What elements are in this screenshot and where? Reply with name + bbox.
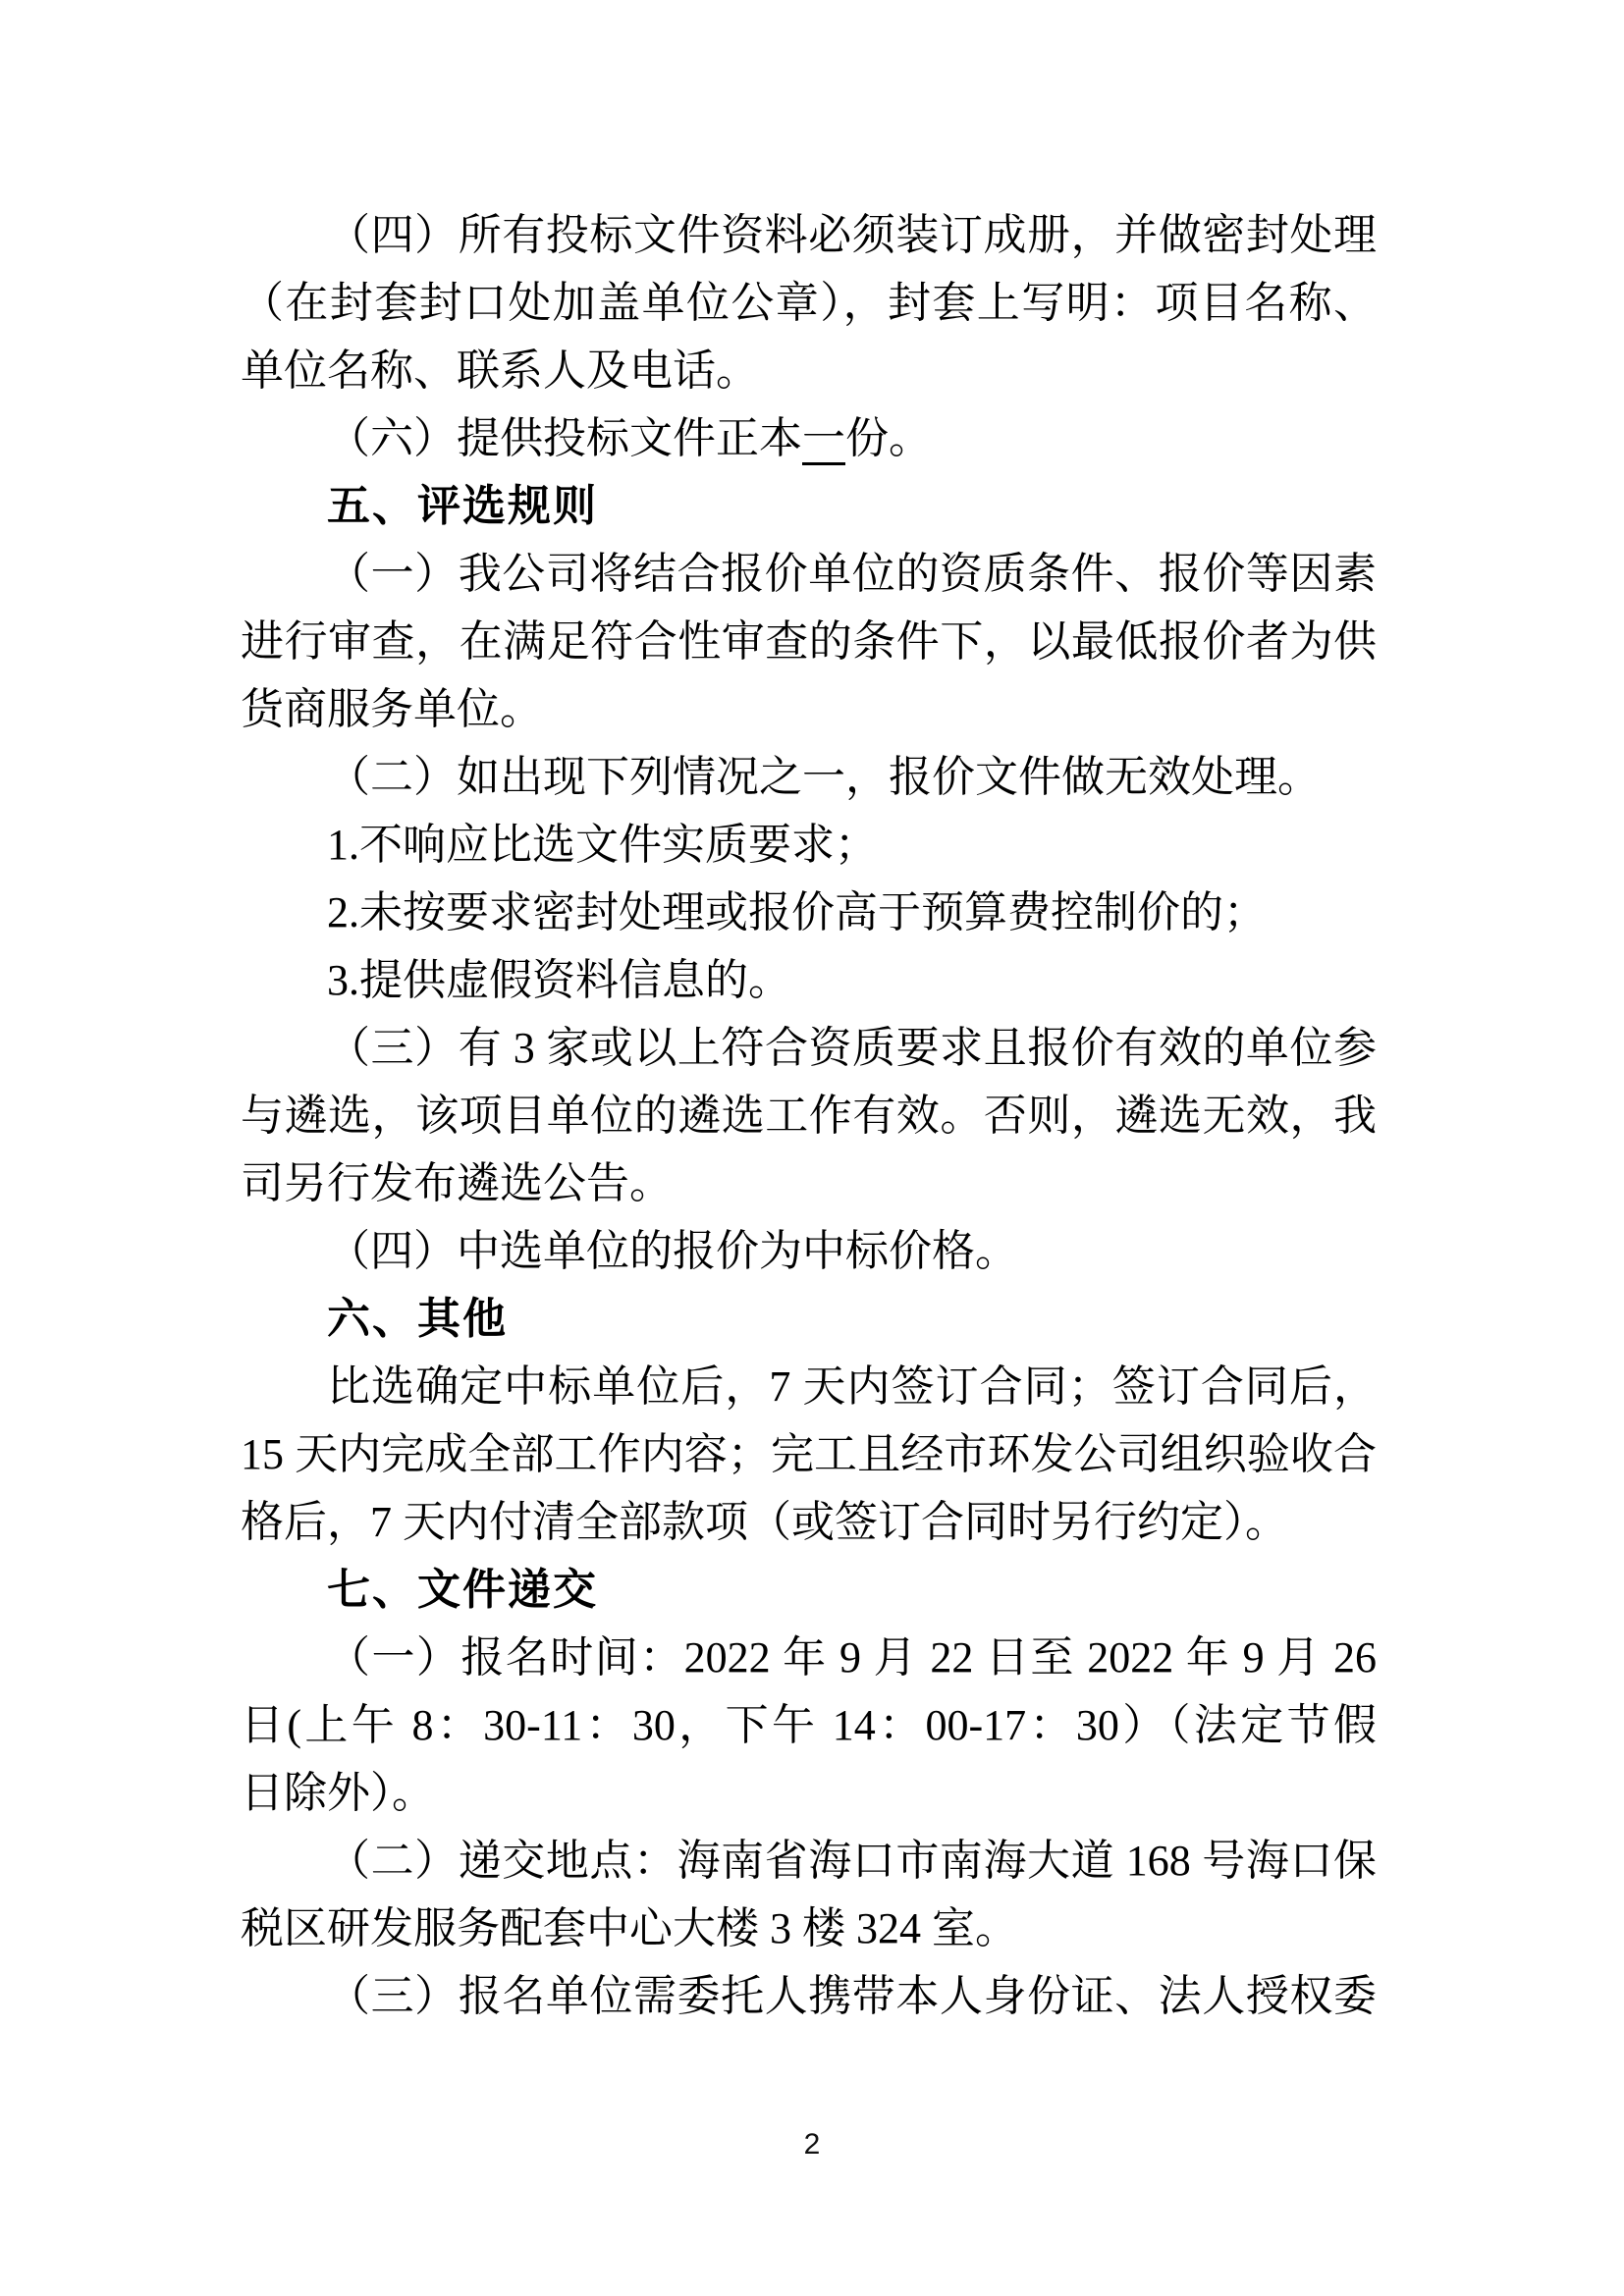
para-registration-time-line-2: 日(上午 8：30-11：30，下午 14：00-17：30）（法定节假	[241, 1691, 1377, 1759]
heading-section-seven-document-submission: 七、文件递交	[241, 1556, 1377, 1624]
para-rule-1-line-3: 货商服务单位。	[241, 675, 1377, 743]
original-copy-prefix: （六）提供投标文件正本	[327, 414, 802, 462]
document-body: （四）所有投标文件资料必须装订成册，并做密封处理 （在封套封口处加盖单位公章），…	[241, 201, 1377, 2030]
para-registration-time-line-1: （一）报名时间：2022 年 9 月 22 日至 2022 年 9 月 26	[241, 1624, 1377, 1691]
list-item-3: 3.提供虚假资料信息的。	[241, 946, 1377, 1014]
para-others-line-1: 比选确定中标单位后，7 天内签订合同；签订合同后，	[241, 1353, 1377, 1420]
heading-section-five-selection-rules: 五、评选规则	[241, 472, 1377, 540]
para-others-line-2: 15 天内完成全部工作内容；完工且经市环发公司组织验收合	[241, 1420, 1377, 1488]
para-representative-requirement-line-1: （三）报名单位需委托人携带本人身份证、法人授权委	[241, 1962, 1377, 2030]
para-sealing-requirement-line-1: （四）所有投标文件资料必须装订成册，并做密封处理	[241, 201, 1377, 269]
heading-section-six-others: 六、其他	[241, 1285, 1377, 1353]
para-registration-time-line-3: 日除外）。	[241, 1759, 1377, 1827]
para-submission-address-line-1: （二）递交地点：海南省海口市南海大道 168 号海口保	[241, 1827, 1377, 1895]
para-rule-1-line-2: 进行审查，在满足符合性审查的条件下，以最低报价者为供	[241, 608, 1377, 675]
para-sealing-requirement-line-3: 单位名称、联系人及电话。	[241, 337, 1377, 404]
para-rule-1-line-1: （一）我公司将结合报价单位的资质条件、报价等因素	[241, 540, 1377, 608]
para-others-line-3: 格后，7 天内付清全部款项（或签订合同时另行约定）。	[241, 1488, 1377, 1556]
list-item-1: 1.不响应比选文件实质要求；	[241, 811, 1377, 879]
para-submission-address-line-2: 税区研发服务配套中心大楼 3 楼 324 室。	[241, 1895, 1377, 1962]
para-rule-3-line-3: 司另行发布遴选公告。	[241, 1149, 1377, 1217]
para-original-copy: （六）提供投标文件正本一份。	[241, 404, 1377, 472]
page-number: 2	[0, 2128, 1624, 2162]
para-rule-2-intro: （二）如出现下列情况之一，报价文件做无效处理。	[241, 743, 1377, 811]
document-page: { "document": { "page_number": "2", "lin…	[0, 0, 1624, 2296]
underlined-one: 一	[802, 414, 845, 465]
para-rule-3-line-2: 与遴选，该项目单位的遴选工作有效。否则，遴选无效，我	[241, 1082, 1377, 1149]
list-item-2: 2.未按要求密封处理或报价高于预算费控制价的；	[241, 879, 1377, 946]
original-copy-suffix: 份。	[845, 414, 932, 462]
para-sealing-requirement-line-2: （在封套封口处加盖单位公章），封套上写明：项目名称、	[241, 269, 1377, 337]
para-rule-4: （四）中选单位的报价为中标价格。	[241, 1217, 1377, 1285]
para-rule-3-line-1: （三）有 3 家或以上符合资质要求且报价有效的单位参	[241, 1014, 1377, 1082]
